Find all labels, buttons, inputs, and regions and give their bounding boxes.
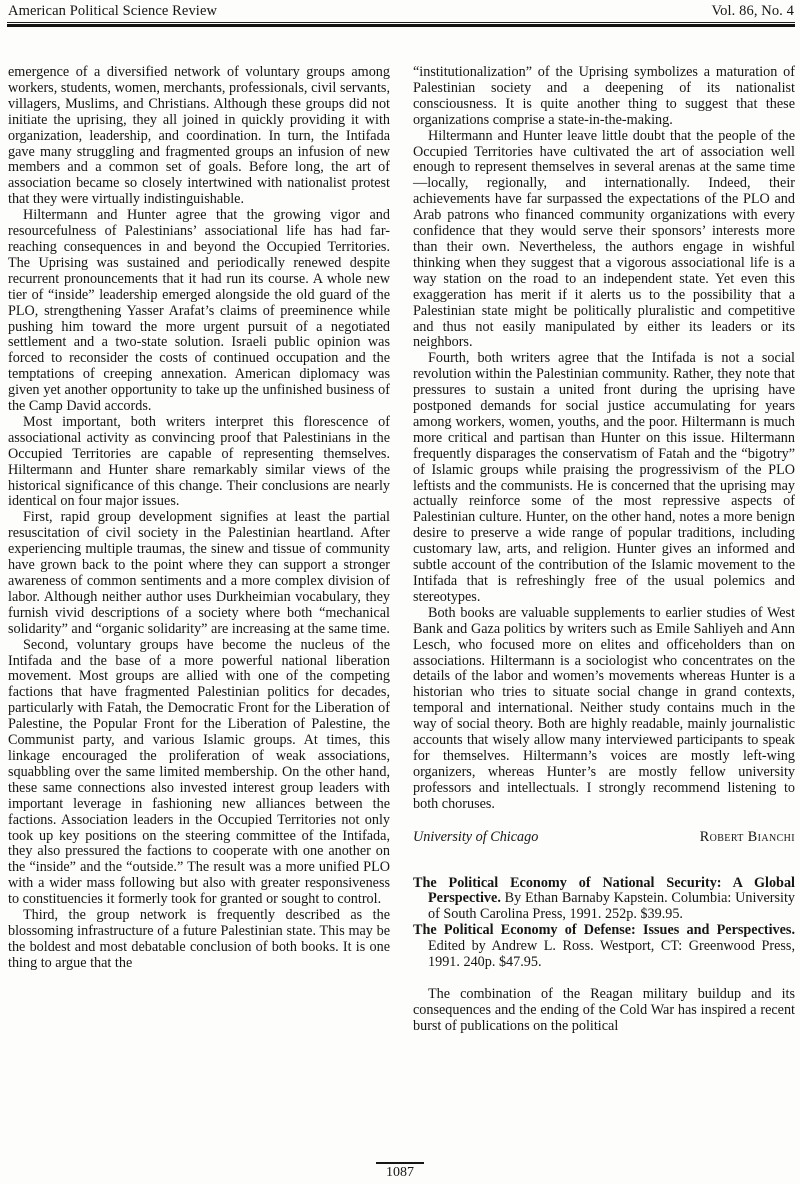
- book-title: The Political Economy of Defense: Issues…: [413, 922, 795, 938]
- book-review-heading: The Political Economy of National Securi…: [413, 876, 795, 971]
- left-column: emergence of a diversified network of vo…: [8, 65, 390, 972]
- body-paragraph: Third, the group network is frequently d…: [8, 908, 390, 972]
- book-imprint: Edited by Andrew L. Ross. Westport, CT: …: [428, 938, 795, 970]
- journal-title: American Political Science Review: [8, 3, 217, 20]
- body-paragraph: Hiltermann and Hunter leave little doubt…: [413, 129, 795, 352]
- right-column: “institutionalization” of the Uprising s…: [413, 65, 795, 1035]
- page-header: American Political Science Review Vol. 8…: [0, 0, 800, 20]
- book-entry: The Political Economy of Defense: Issues…: [413, 923, 795, 971]
- body-paragraph: emergence of a diversified network of vo…: [8, 65, 390, 208]
- body-paragraph: Both books are valuable supplements to e…: [413, 606, 795, 813]
- reviewer-affiliation: University of Chicago: [413, 830, 538, 846]
- body-paragraph: Most important, both writers interpret t…: [8, 415, 390, 510]
- body-paragraph: The combination of the Reagan military b…: [413, 987, 795, 1035]
- two-column-text-block: emergence of a diversified network of vo…: [0, 27, 800, 1035]
- reviewer-name: Robert Bianchi: [700, 830, 795, 846]
- issue-label: Vol. 86, No. 4: [711, 3, 794, 20]
- journal-page: American Political Science Review Vol. 8…: [0, 0, 800, 1184]
- reviewer-signature: University of Chicago Robert Bianchi: [413, 830, 795, 846]
- page-number: 1087: [376, 1162, 424, 1181]
- body-paragraph: Hiltermann and Hunter agree that the gro…: [8, 208, 390, 415]
- book-entry: The Political Economy of National Securi…: [413, 876, 795, 924]
- body-paragraph: Fourth, both writers agree that the Inti…: [413, 351, 795, 606]
- body-paragraph: Second, voluntary groups have become the…: [8, 638, 390, 908]
- page-footer: 1087: [0, 1162, 800, 1181]
- body-paragraph: “institutionalization” of the Uprising s…: [413, 65, 795, 129]
- body-paragraph: First, rapid group development signifies…: [8, 510, 390, 637]
- header-rule-thin-line: [7, 22, 795, 23]
